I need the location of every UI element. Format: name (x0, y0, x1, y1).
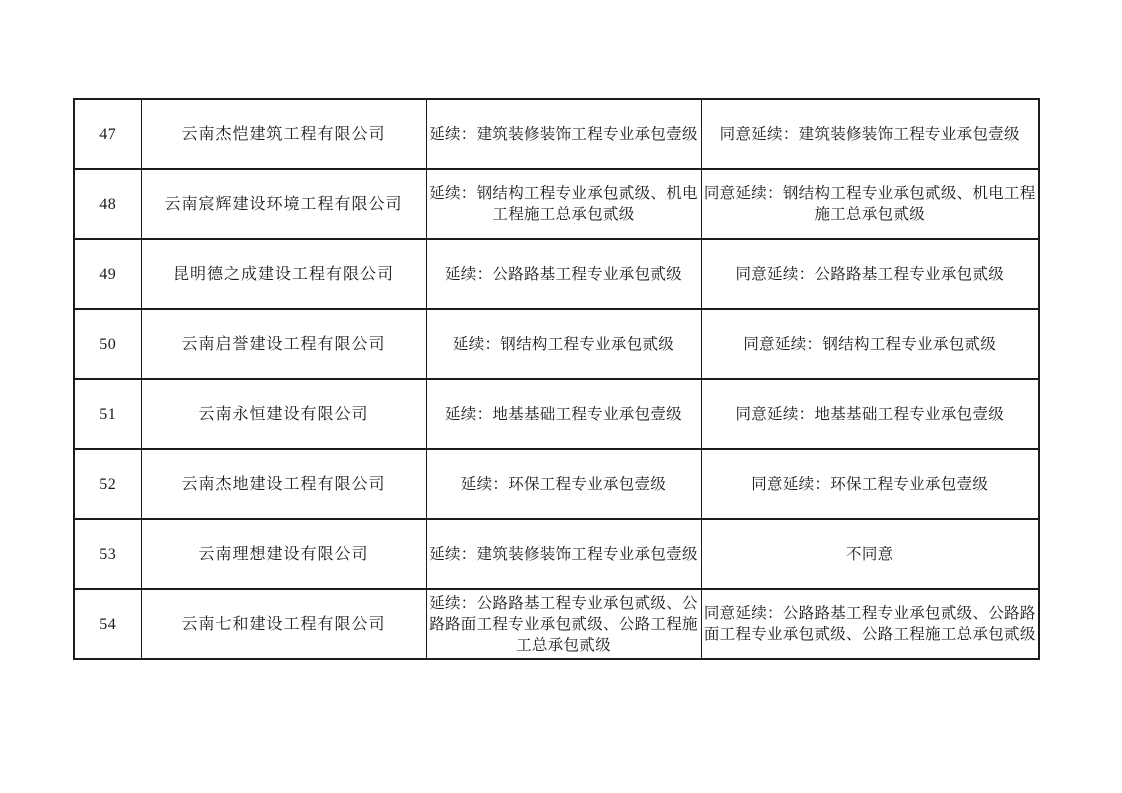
company-name: 云南启誉建设工程有限公司 (141, 309, 426, 379)
review-decision: 同意延续：公路路基工程专业承包贰级 (701, 239, 1039, 309)
application-item: 延续：地基基础工程专业承包壹级 (426, 379, 701, 449)
application-item: 延续：公路路基工程专业承包贰级 (426, 239, 701, 309)
company-name: 云南永恒建设有限公司 (141, 379, 426, 449)
application-item: 延续：公路路基工程专业承包贰级、公路路面工程专业承包贰级、公路工程施工总承包贰级 (426, 589, 701, 659)
application-item: 延续：建筑装修装饰工程专业承包壹级 (426, 519, 701, 589)
review-decision: 不同意 (701, 519, 1039, 589)
company-name: 云南杰地建设工程有限公司 (141, 449, 426, 519)
row-number: 54 (74, 589, 141, 659)
table-row: 50 云南启誉建设工程有限公司 延续：钢结构工程专业承包贰级 同意延续：钢结构工… (74, 309, 1039, 379)
table-row: 47 云南杰恺建筑工程有限公司 延续：建筑装修装饰工程专业承包壹级 同意延续：建… (74, 99, 1039, 169)
review-decision: 同意延续：环保工程专业承包壹级 (701, 449, 1039, 519)
application-item: 延续：钢结构工程专业承包贰级 (426, 309, 701, 379)
table-row: 49 昆明德之成建设工程有限公司 延续：公路路基工程专业承包贰级 同意延续：公路… (74, 239, 1039, 309)
application-item: 延续：钢结构工程专业承包贰级、机电工程施工总承包贰级 (426, 169, 701, 239)
table-row: 53 云南理想建设有限公司 延续：建筑装修装饰工程专业承包壹级 不同意 (74, 519, 1039, 589)
row-number: 50 (74, 309, 141, 379)
row-number: 49 (74, 239, 141, 309)
application-item: 延续：建筑装修装饰工程专业承包壹级 (426, 99, 701, 169)
review-decision: 同意延续：钢结构工程专业承包贰级 (701, 309, 1039, 379)
company-name: 云南宸辉建设环境工程有限公司 (141, 169, 426, 239)
table-row: 52 云南杰地建设工程有限公司 延续：环保工程专业承包壹级 同意延续：环保工程专… (74, 449, 1039, 519)
review-decision: 同意延续：地基基础工程专业承包壹级 (701, 379, 1039, 449)
application-item: 延续：环保工程专业承包壹级 (426, 449, 701, 519)
company-name: 云南杰恺建筑工程有限公司 (141, 99, 426, 169)
company-name: 昆明德之成建设工程有限公司 (141, 239, 426, 309)
row-number: 53 (74, 519, 141, 589)
review-decision: 同意延续：钢结构工程专业承包贰级、机电工程施工总承包贰级 (701, 169, 1039, 239)
row-number: 51 (74, 379, 141, 449)
company-name: 云南七和建设工程有限公司 (141, 589, 426, 659)
document-page: 47 云南杰恺建筑工程有限公司 延续：建筑装修装饰工程专业承包壹级 同意延续：建… (0, 0, 1122, 793)
review-decision: 同意延续：建筑装修装饰工程专业承包壹级 (701, 99, 1039, 169)
table-row: 48 云南宸辉建设环境工程有限公司 延续：钢结构工程专业承包贰级、机电工程施工总… (74, 169, 1039, 239)
table-row: 54 云南七和建设工程有限公司 延续：公路路基工程专业承包贰级、公路路面工程专业… (74, 589, 1039, 659)
qualification-review-table: 47 云南杰恺建筑工程有限公司 延续：建筑装修装饰工程专业承包壹级 同意延续：建… (73, 98, 1040, 660)
row-number: 52 (74, 449, 141, 519)
company-name: 云南理想建设有限公司 (141, 519, 426, 589)
row-number: 48 (74, 169, 141, 239)
review-decision: 同意延续：公路路基工程专业承包贰级、公路路面工程专业承包贰级、公路工程施工总承包… (701, 589, 1039, 659)
table-row: 51 云南永恒建设有限公司 延续：地基基础工程专业承包壹级 同意延续：地基基础工… (74, 379, 1039, 449)
row-number: 47 (74, 99, 141, 169)
